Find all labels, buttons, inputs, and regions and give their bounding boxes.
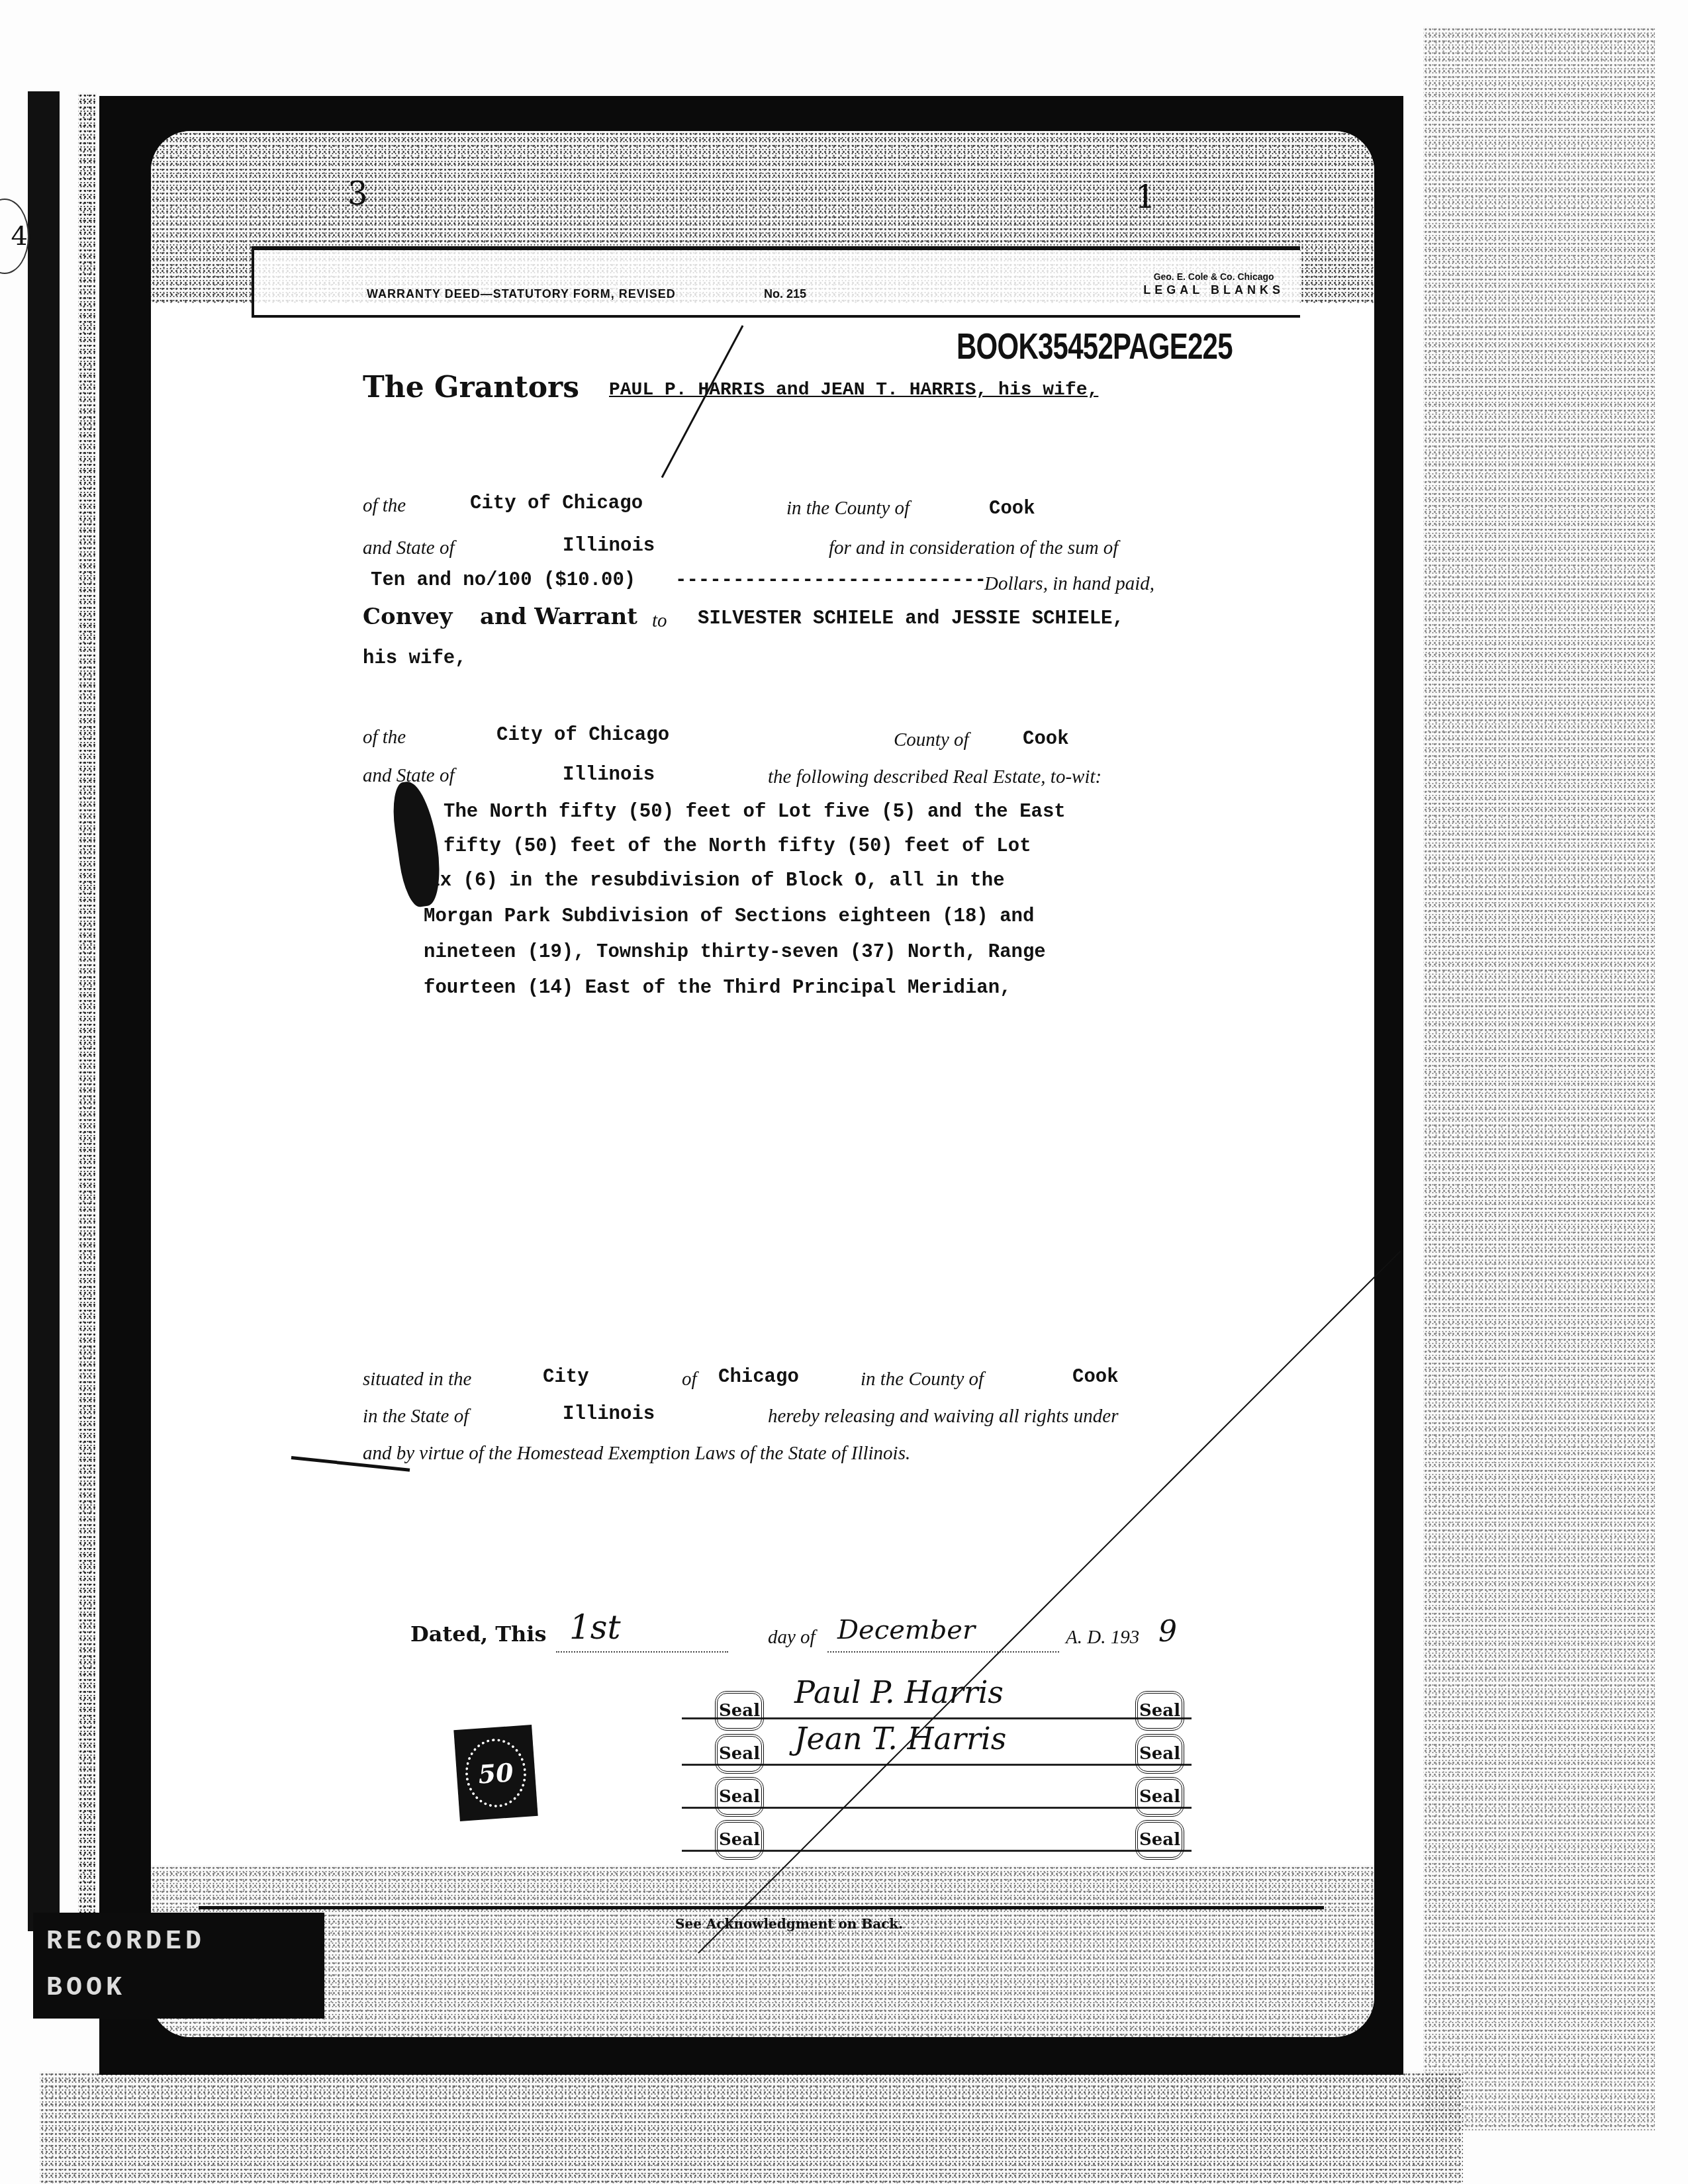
dated-day: 1st xyxy=(569,1608,621,1647)
grantee-county-label: County of xyxy=(894,729,969,751)
grantee-state: Illinois xyxy=(563,764,655,786)
grantee-of-the-label: of the xyxy=(363,727,406,749)
page-grime-bottom xyxy=(151,1865,1374,2037)
recording-book-page-stamp: BOOK35452PAGE225 xyxy=(957,324,1233,367)
legal-description-line: Morgan Park Subdivision of Sections eigh… xyxy=(424,905,1034,927)
dated-label: Dated, This xyxy=(410,1621,547,1647)
release-text: hereby releasing and waiving all rights … xyxy=(768,1406,1118,1428)
revenue-stamp: 50 xyxy=(453,1725,538,1821)
publisher-name: Geo. E. Cole & Co. Chicago xyxy=(1143,270,1284,283)
legal-description-line: fourteen (14) East of the Third Principa… xyxy=(424,977,1011,999)
situated-state: Illinois xyxy=(563,1403,655,1425)
warrant-label: and Warrant xyxy=(480,604,637,630)
scan-bottom-margin-noise xyxy=(40,2071,1463,2184)
situated-label: situated in the xyxy=(363,1369,471,1390)
corner-recording-label: RECORDED BOOK xyxy=(33,1913,324,2019)
legal-description-line: six (6) in the resubdivision of Block O,… xyxy=(417,870,1005,891)
grantor-city: City of Chicago xyxy=(470,492,643,514)
ad-label: A. D. 193 xyxy=(1066,1627,1139,1649)
legal-description-line: The North fifty (50) feet of Lot five (5… xyxy=(444,801,1066,823)
scan-edge-strip xyxy=(28,91,60,1931)
grantee-county: Cook xyxy=(1023,728,1069,750)
seal-right: Seal xyxy=(1135,1777,1184,1817)
margin-number-left: 3 xyxy=(348,175,368,212)
seal-right: Seal xyxy=(1135,1734,1184,1774)
seal-left: Seal xyxy=(715,1691,764,1731)
situated-city-name: Chicago xyxy=(718,1366,799,1388)
consideration-label: for and in consideration of the sum of xyxy=(829,537,1118,559)
situated-city-word: City xyxy=(543,1366,589,1388)
scan-edge-texture xyxy=(78,93,97,1919)
seal-right: Seal xyxy=(1135,1820,1184,1860)
of-the-label: of the xyxy=(363,495,406,517)
footer-rule xyxy=(199,1906,1324,1909)
situated-of-label: of xyxy=(682,1369,697,1390)
form-title: WARRANTY DEED—STATUTORY FORM, REVISED xyxy=(367,287,676,301)
consideration-suffix: Dollars, in hand paid, xyxy=(984,573,1154,595)
scan-right-margin-noise xyxy=(1423,26,1655,2131)
legal-description-line: fifty (50) feet of the North fifty (50) … xyxy=(444,835,1031,857)
form-number: No. 215 xyxy=(764,287,806,301)
situated-state-label: in the State of xyxy=(363,1406,469,1428)
situated-county: Cook xyxy=(1072,1366,1119,1388)
grantor-county: Cook xyxy=(989,498,1035,520)
consideration-amount: Ten and no/100 ($10.00) xyxy=(371,569,635,591)
grantee-city: City of Chicago xyxy=(496,724,669,746)
form-header: WARRANTY DEED—STATUTORY FORM, REVISED No… xyxy=(252,246,1300,318)
situated-county-label: in the County of xyxy=(861,1369,984,1390)
seal-left: Seal xyxy=(715,1734,764,1774)
real-estate-label: the following described Real Estate, to-… xyxy=(768,766,1102,788)
publisher-imprint: Geo. E. Cole & Co. Chicago LEGAL BLANKS xyxy=(1143,270,1284,296)
revenue-stamp-value: 50 xyxy=(463,1737,528,1809)
grantors-names: PAUL P. HARRIS and JEAN T. HARRIS, his w… xyxy=(609,380,1098,400)
grantor-state: Illinois xyxy=(563,535,655,557)
state-label: and State of xyxy=(363,537,455,559)
consideration-dashes: --------------------------- xyxy=(675,569,986,591)
seal-left: Seal xyxy=(715,1820,764,1860)
homestead-text: and by virtue of the Homestead Exemption… xyxy=(363,1443,910,1465)
month-rule xyxy=(827,1651,1059,1653)
corner-label-line1: RECORDED xyxy=(46,1919,311,1966)
seal-left: Seal xyxy=(715,1777,764,1817)
day-rule xyxy=(556,1651,728,1653)
circled-margin-note: 4 xyxy=(0,199,29,274)
county-label: in the County of xyxy=(786,498,910,520)
to-label: to xyxy=(652,610,667,632)
publisher-tagline: LEGAL BLANKS xyxy=(1143,283,1284,296)
dated-month: December xyxy=(837,1615,975,1645)
corner-label-line2: BOOK xyxy=(46,1966,311,2012)
grantors-heading: The Grantors xyxy=(363,371,579,404)
grantees-names-cont: his wife, xyxy=(363,647,467,669)
seal-right: Seal xyxy=(1135,1691,1184,1731)
margin-number-right: 1 xyxy=(1135,179,1156,216)
day-of-label: day of xyxy=(768,1627,816,1649)
acknowledgment-note: See Acknowledgment on Back. xyxy=(675,1916,903,1932)
dated-year-digit: 9 xyxy=(1158,1615,1177,1649)
convey-label: Convey xyxy=(363,604,453,630)
grantees-names: SILVESTER SCHIELE and JESSIE SCHIELE, xyxy=(698,608,1124,629)
legal-description-line: nineteen (19), Township thirty-seven (37… xyxy=(424,941,1046,963)
